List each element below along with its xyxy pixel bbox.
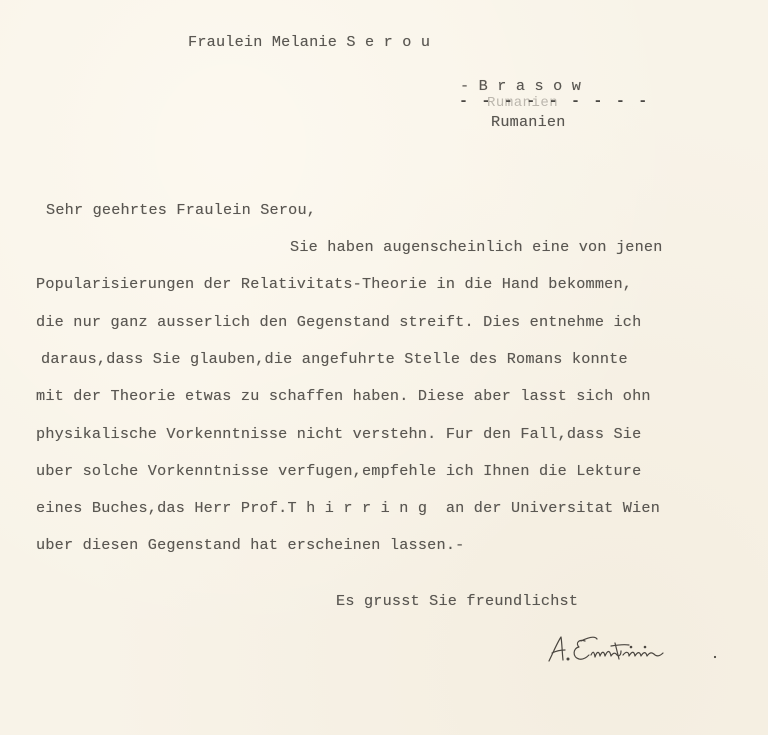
body-line-9: uber diesen Gegenstand hat erscheinen la… [36,538,464,553]
recipient-city: - B r a s o w [460,79,581,94]
body-line-5: mit der Theorie etwas zu schaffen haben.… [36,389,651,404]
body-line-6: physikalische Vorkenntnisse nicht verste… [36,427,641,442]
body-line-2: Popularisierungen der Relativitats-Theor… [36,277,632,292]
strike-through-line: - - - - - - - - - [459,93,649,110]
closing: Es grusst Sie freundlichst [336,594,578,609]
signature-icon [545,633,725,669]
body-line-7: uber solche Vorkenntnisse verfugen,empfe… [36,464,641,479]
handwritten-signature: A. Einstein . [545,633,725,669]
body-line-3: die nur ganz ausserlich den Gegenstand s… [36,315,641,330]
salutation: Sehr geehrtes Fraulein Serou, [46,203,316,218]
recipient-country: Rumanien [491,115,566,130]
body-line-8: eines Buches,das Herr Prof.T h i r r i n… [36,501,660,516]
body-line-1: Sie haben augenscheinlich eine von jenen [290,240,663,255]
letter-page: Fraulein Melanie S e r o u - B r a s o w… [0,0,768,735]
recipient-name: Fraulein Melanie S e r o u [188,35,430,50]
body-line-4: daraus,dass Sie glauben,die angefuhrte S… [41,352,628,367]
